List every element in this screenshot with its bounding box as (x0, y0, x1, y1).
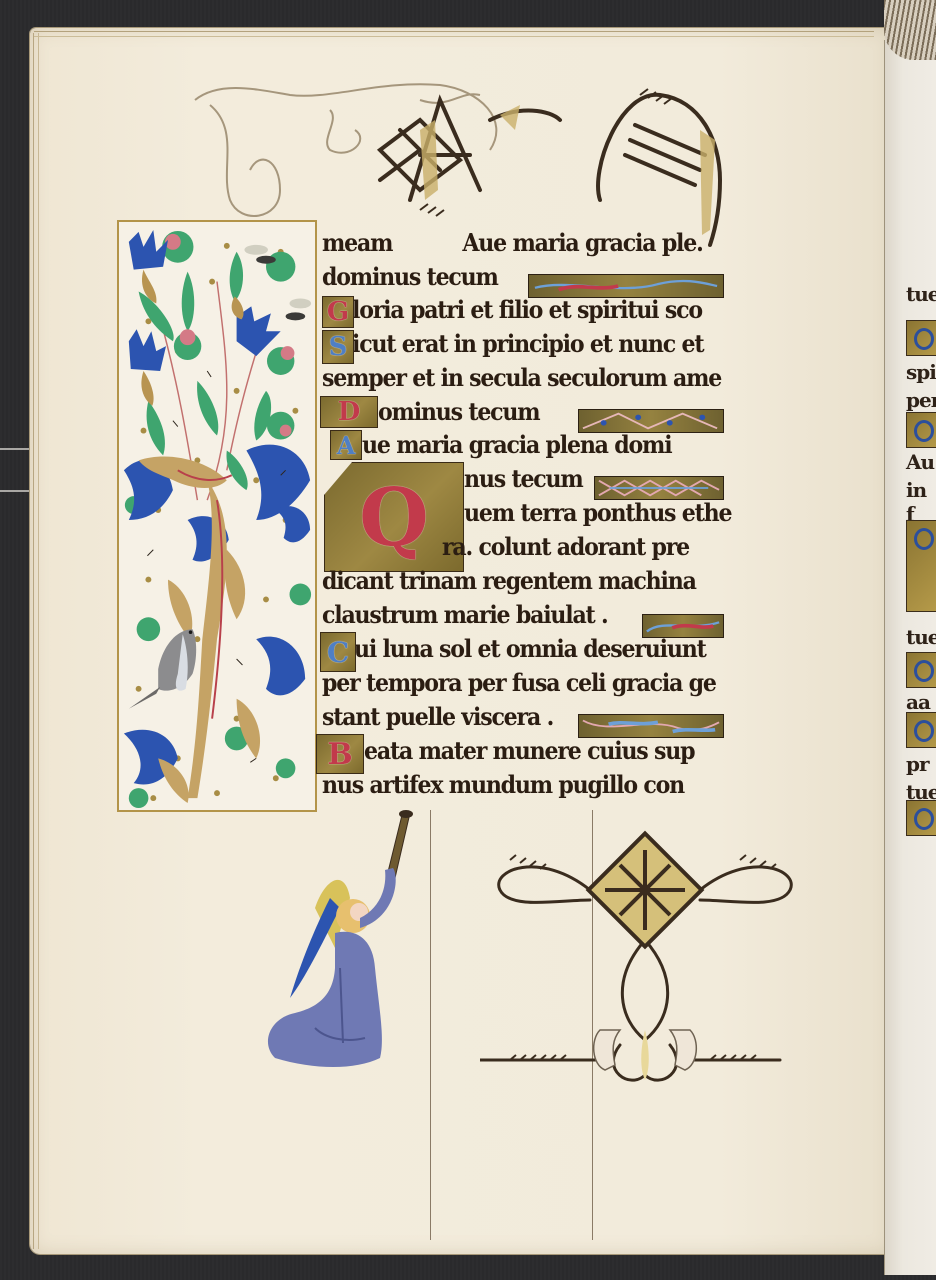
line-text: semper et in secula seculorum ame (322, 363, 721, 392)
right-page-initial (906, 712, 936, 748)
text-line: eata mater munere cuius sup (364, 734, 694, 768)
line-text: per tempora per fusa celi gracia ge (322, 668, 716, 697)
line-text: uem terra ponthus ethe (464, 498, 731, 527)
text-line: ue maria gracia plena domi (362, 428, 671, 462)
page-edge-top (34, 31, 874, 37)
line-text: ue maria gracia plena domi (362, 430, 671, 459)
cadel-knotwork-faces (480, 830, 810, 1100)
page-stack-corner (884, 0, 936, 60)
line-text-continuation: Aue maria gracia ple. (462, 228, 702, 257)
page-edge-left (33, 33, 39, 1249)
text-line: per tempora per fusa celi gracia ge (322, 666, 716, 700)
text-line: dominus tecum (322, 260, 498, 294)
line-text: meam (322, 228, 392, 257)
line-text: eata mater munere cuius sup (364, 736, 694, 765)
right-page-fragment: pr (906, 752, 929, 776)
right-page-fragment: aa (906, 690, 930, 714)
text-line: uem terra ponthus ethe (464, 496, 731, 530)
right-page-initial (906, 320, 936, 356)
right-page-fragment: in f (906, 478, 936, 526)
text-line: ui luna sol et omnia deseruiunt (354, 632, 706, 666)
line-text: nus artifex mundum pugillo con (322, 770, 684, 799)
right-page-initial (906, 800, 936, 836)
line-text: stant puelle viscera . (322, 702, 553, 731)
right-page-large-initial (906, 520, 936, 612)
illuminated-border (117, 220, 317, 812)
text-line: loria patri et filio et spiritui sco (352, 293, 702, 327)
text-line: icut erat in principio et nunc et (352, 327, 703, 361)
text-line: stant puelle viscera . (322, 700, 553, 734)
text-line: dicant trinam regentem machina (322, 564, 696, 598)
text-line: ra. colunt adorant pre (442, 530, 689, 564)
line-text: ra. colunt adorant pre (442, 532, 689, 561)
line-text: icut erat in principio et nunc et (352, 329, 703, 358)
line-text: nus tecum (464, 464, 583, 493)
right-page-initial (906, 652, 936, 688)
right-page-fragment: Au (906, 450, 934, 474)
right-page-fragment: spi (906, 360, 936, 384)
line-text: claustrum marie baiulat . (322, 600, 608, 629)
text-line: nus tecum (464, 462, 583, 496)
decorated-initial: D (320, 396, 378, 428)
line-text: dominus tecum (322, 262, 498, 291)
right-page-fragment: per (906, 388, 936, 412)
decorated-initial: A (330, 430, 362, 460)
text-line: semper et in secula seculorum ame (322, 361, 721, 395)
text-line: ominus tecum (378, 395, 539, 429)
ruling-line (430, 810, 431, 1240)
text-line: claustrum marie baiulat . (322, 598, 608, 632)
decorated-initial: G (322, 296, 354, 328)
bird-icon (129, 629, 196, 708)
line-text: ui luna sol et omnia deseruiunt (354, 634, 706, 663)
line-text: ominus tecum (378, 397, 539, 426)
text-line: meam Aue maria gracia ple. (322, 226, 703, 260)
trumpeting-angel (255, 808, 415, 1073)
text-line: nus artifex mundum pugillo con (322, 768, 684, 802)
right-page-fragment: tue (906, 282, 936, 306)
knot-icon (588, 833, 701, 946)
decorated-initial: S (322, 330, 354, 364)
line-text: loria patri et filio et spiritui sco (352, 295, 702, 324)
right-page-fragment: tue (906, 625, 936, 649)
border-artwork (119, 222, 315, 810)
right-page-initial (906, 412, 936, 448)
line-text: dicant trinam regentem machina (322, 566, 696, 595)
